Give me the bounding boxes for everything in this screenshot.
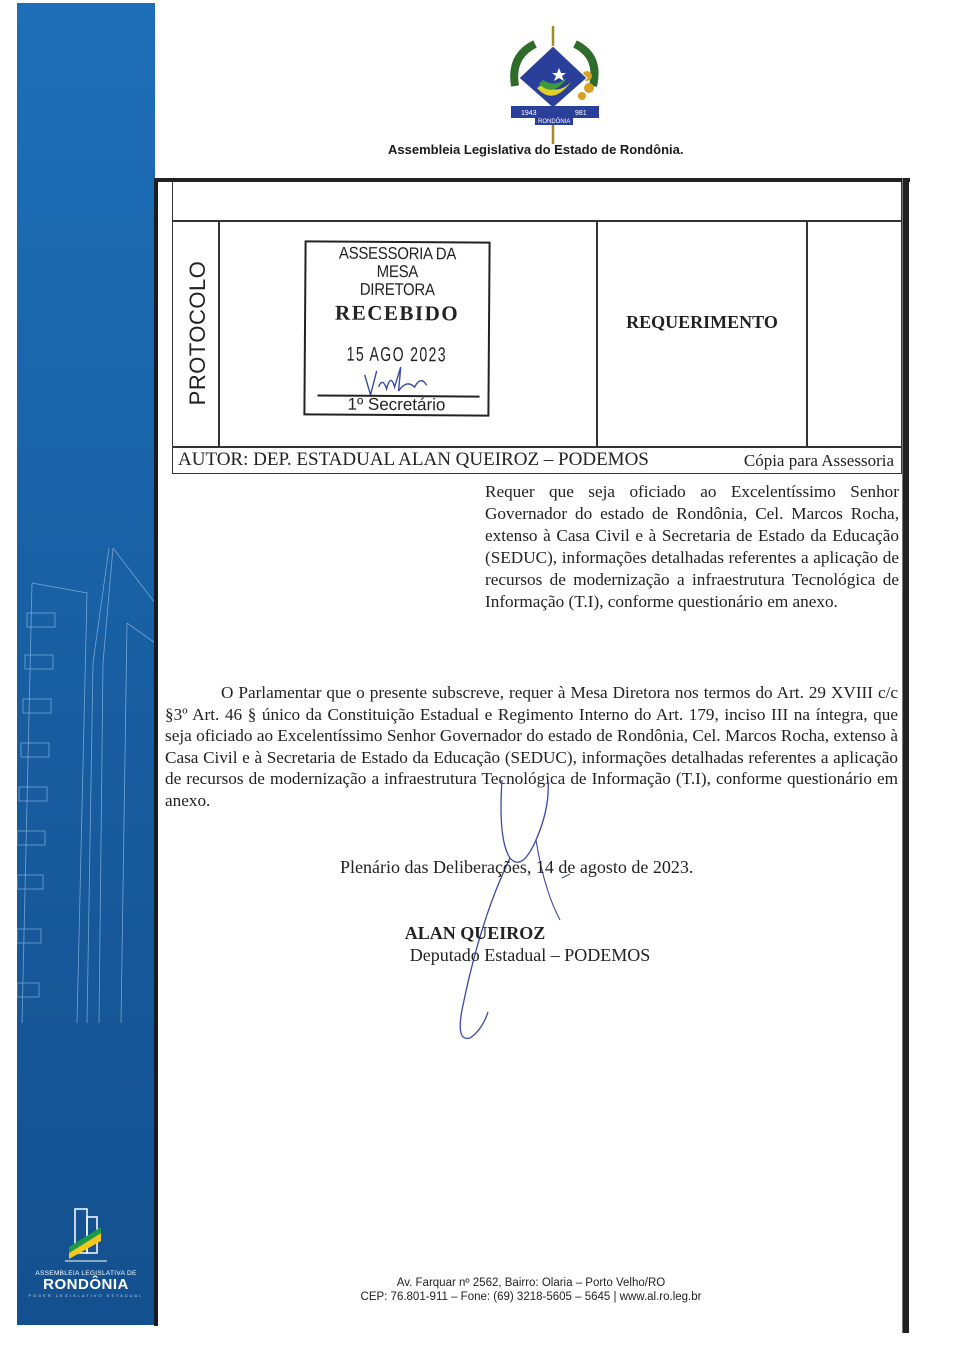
stamp-line-1: ASSESSORIA DA MESA — [317, 244, 477, 281]
handwritten-signature-icon — [440, 780, 580, 1050]
institution-title: Assembleia Legislativa do Estado de Rond… — [388, 142, 728, 157]
stamp-status: RECEBIDO — [306, 300, 488, 326]
stamp-signer-role: 1º Secretário — [305, 394, 487, 415]
table-divider — [806, 220, 808, 447]
table-divider — [596, 220, 598, 447]
stamp-date: 15 AGO 2023 — [333, 344, 461, 368]
svg-text:981: 981 — [575, 110, 587, 117]
assembly-logo: ASSEMBLEIA LEGISLATIVA DE RONDÔNIA PODER… — [17, 1203, 155, 1298]
copy-note: Cópia para Assessoria — [744, 451, 894, 471]
footer: Av. Farquar nº 2562, Bairro: Olaria – Po… — [330, 1276, 732, 1304]
stamp-line-2: DIRETORA — [317, 280, 477, 299]
initials-signature-icon — [361, 365, 431, 397]
page-frame-right — [902, 178, 909, 1333]
signer-name: ALAN QUEIROZ — [345, 923, 605, 944]
svg-text:1943: 1943 — [521, 110, 537, 117]
table-divider — [218, 220, 220, 447]
logo-name: RONDÔNIA — [17, 1277, 155, 1293]
received-stamp: ASSESSORIA DA MESA DIRETORA RECEBIDO 15 … — [303, 240, 490, 416]
svg-text:RONDÔNIA: RONDÔNIA — [538, 118, 570, 125]
summary-block: Requer que seja oficiado ao Excelentíssi… — [485, 481, 899, 613]
page-frame-left — [154, 178, 158, 1326]
footer-contact: CEP: 76.801-911 – Fone: (69) 3218-5605 –… — [330, 1290, 732, 1304]
place-and-date: Plenário das Deliberações, 14 de agosto … — [340, 857, 693, 878]
state-coat-of-arms-icon: 1943 981 RONDÔNIA — [505, 26, 605, 144]
protocol-label: PROTOCOLO — [178, 222, 218, 444]
building-outline-icon — [17, 543, 155, 1023]
logo-subtitle: PODER LEGISLATIVO ESTADUAL — [17, 1293, 155, 1298]
summary-text: Requer que seja oficiado ao Excelentíssi… — [485, 481, 899, 613]
signer-role: Deputado Estadual – PODEMOS — [345, 945, 715, 966]
footer-address: Av. Farquar nº 2562, Bairro: Olaria – Po… — [330, 1276, 732, 1290]
assembly-building-icon — [61, 1203, 111, 1263]
sidebar-banner: ASSEMBLEIA LEGISLATIVA DE RONDÔNIA PODER… — [17, 3, 155, 1325]
document-type: REQUERIMENTO — [598, 312, 806, 333]
author-label: AUTOR: DEP. ESTADUAL ALAN QUEIROZ – PODE… — [178, 449, 649, 471]
author-row: AUTOR: DEP. ESTADUAL ALAN QUEIROZ – PODE… — [172, 447, 902, 474]
table-divider — [172, 220, 902, 222]
